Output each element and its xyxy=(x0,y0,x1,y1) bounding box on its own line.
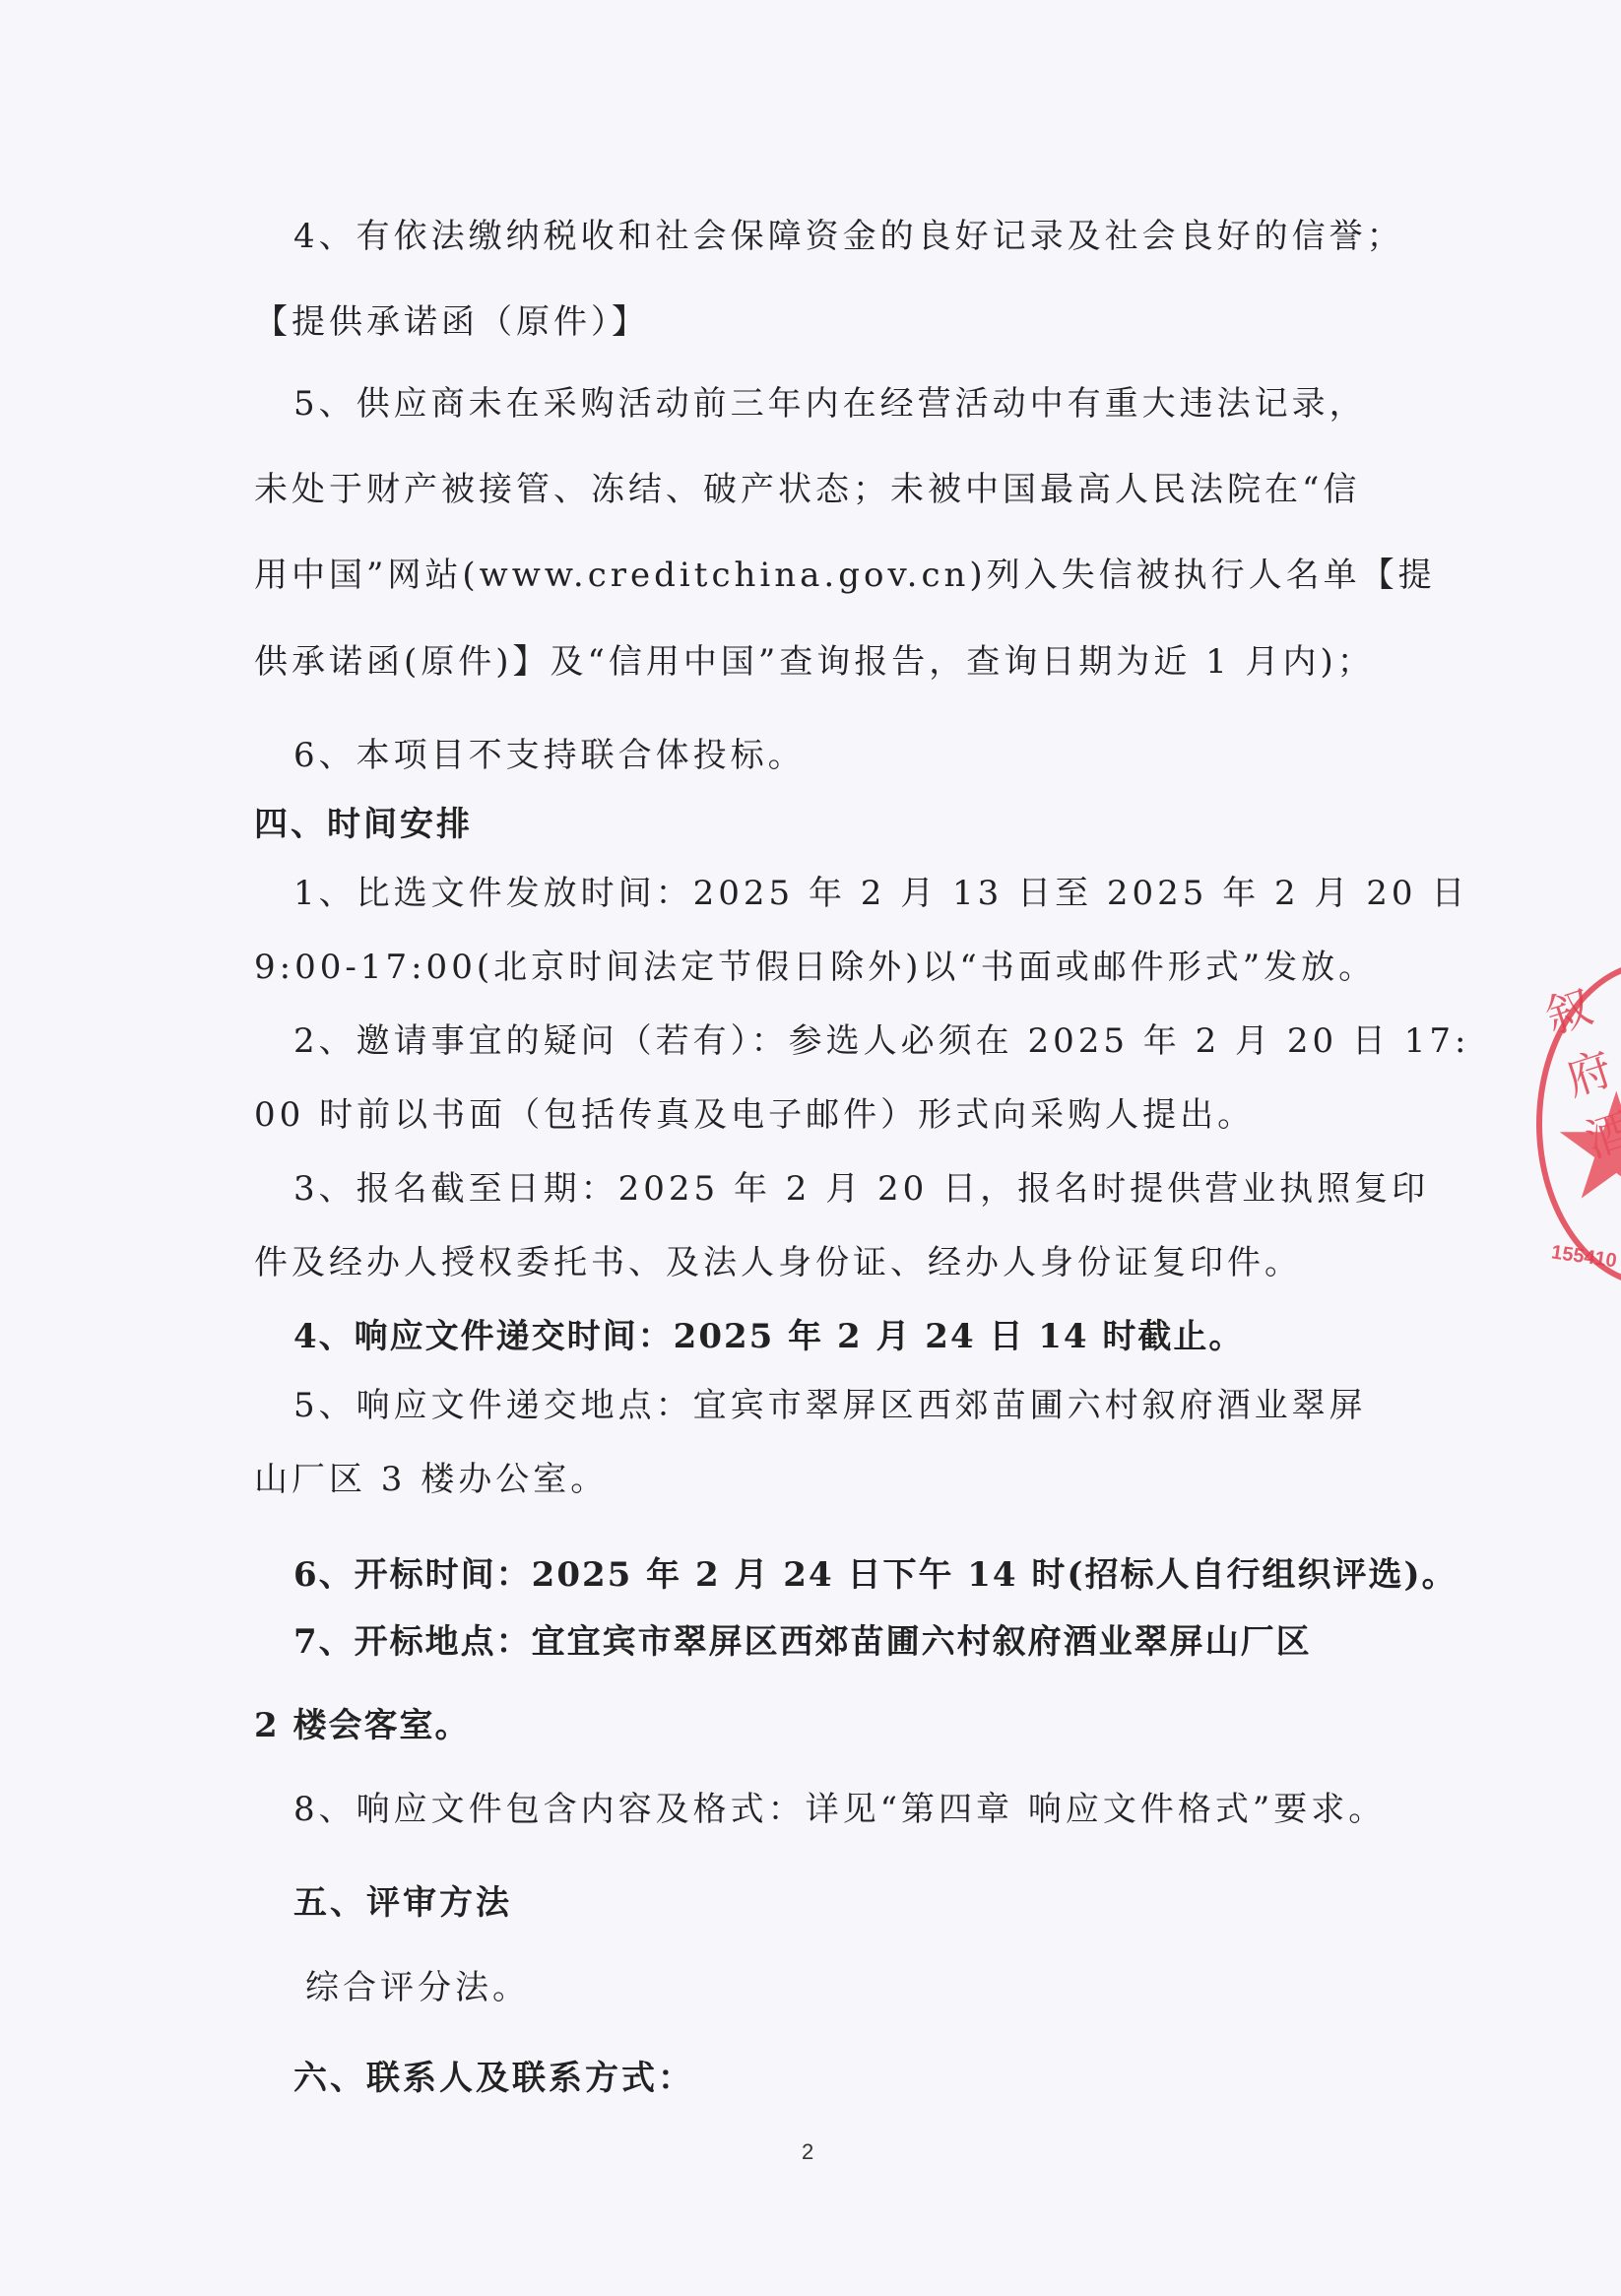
schedule-1-line-1: 1、比选文件发放时间：2025 年 2 月 13 日至 2025 年 2 月 2… xyxy=(293,872,1468,915)
requirement-6: 6、本项目不支持联合体投标。 xyxy=(293,734,806,777)
requirement-5-line-3: 用中国”网站(www.creditchina.gov.cn)列入失信被执行人名单… xyxy=(254,554,1436,597)
schedule-6: 6、开标时间：2025 年 2 月 24 日下午 14 时(招标人自行组织评选)… xyxy=(293,1553,1458,1597)
schedule-5-line-2: 山厂区 3 楼办公室。 xyxy=(254,1458,608,1501)
document-page: 4、有依法缴纳税收和社会保障资金的良好记录及社会良好的信誉； 【提供承诺函（原件… xyxy=(0,0,1621,2296)
schedule-3-line-2: 件及经办人授权委托书、及法人身份证、经办人身份证复印件。 xyxy=(254,1241,1302,1284)
requirement-5-line-4: 供承诺函(原件)】及“信用中国”查询报告，查询日期为近 1 月内)； xyxy=(254,640,1375,684)
schedule-7-line-1: 7、开标地点：宜宜宾市翠屏区西郊苗圃六村叙府酒业翠屏山厂区 xyxy=(293,1620,1312,1664)
section-heading-schedule: 四、时间安排 xyxy=(254,803,473,846)
schedule-2-line-2: 00 时前以书面（包括传真及电子邮件）形式向采购人提出。 xyxy=(254,1093,1255,1137)
page-number: 2 xyxy=(802,2139,813,2165)
section-heading-evaluation: 五、评审方法 xyxy=(293,1881,512,1925)
schedule-1-line-2: 9:00-17:00(北京时间法定节假日除外)以“书面或邮件形式”发放。 xyxy=(254,946,1376,989)
schedule-4: 4、响应文件递交时间：2025 年 2 月 24 日 14 时截止。 xyxy=(293,1315,1244,1358)
requirement-4: 4、有依法缴纳税收和社会保障资金的良好记录及社会良好的信誉； xyxy=(293,215,1404,258)
section-heading-contact: 六、联系人及联系方式： xyxy=(293,2057,694,2100)
evaluation-method: 综合评分法。 xyxy=(305,1966,530,2009)
schedule-8: 8、响应文件包含内容及格式：详见“第四章 响应文件格式”要求。 xyxy=(293,1788,1386,1831)
star-icon: ★ xyxy=(1550,1074,1621,1221)
schedule-3-line-1: 3、报名截至日期：2025 年 2 月 20 日，报名时提供营业执照复印 xyxy=(293,1167,1429,1211)
requirement-4-note: 【提供承诺函（原件）】 xyxy=(254,300,649,344)
schedule-7-line-2: 2 楼会客室。 xyxy=(254,1704,471,1747)
schedule-2-line-1: 2、邀请事宜的疑问（若有）：参选人必须在 2025 年 2 月 20 日 17: xyxy=(293,1019,1469,1063)
schedule-5-line-1: 5、响应文件递交地点：宜宾市翠屏区西郊苗圃六村叙府酒业翠屏 xyxy=(293,1384,1367,1427)
requirement-5-line-1: 5、供应商未在采购活动前三年内在经营活动中有重大违法记录， xyxy=(293,382,1367,426)
requirement-5-line-2: 未处于财产被接管、冻结、破产状态；未被中国最高人民法院在“信 xyxy=(254,468,1360,511)
